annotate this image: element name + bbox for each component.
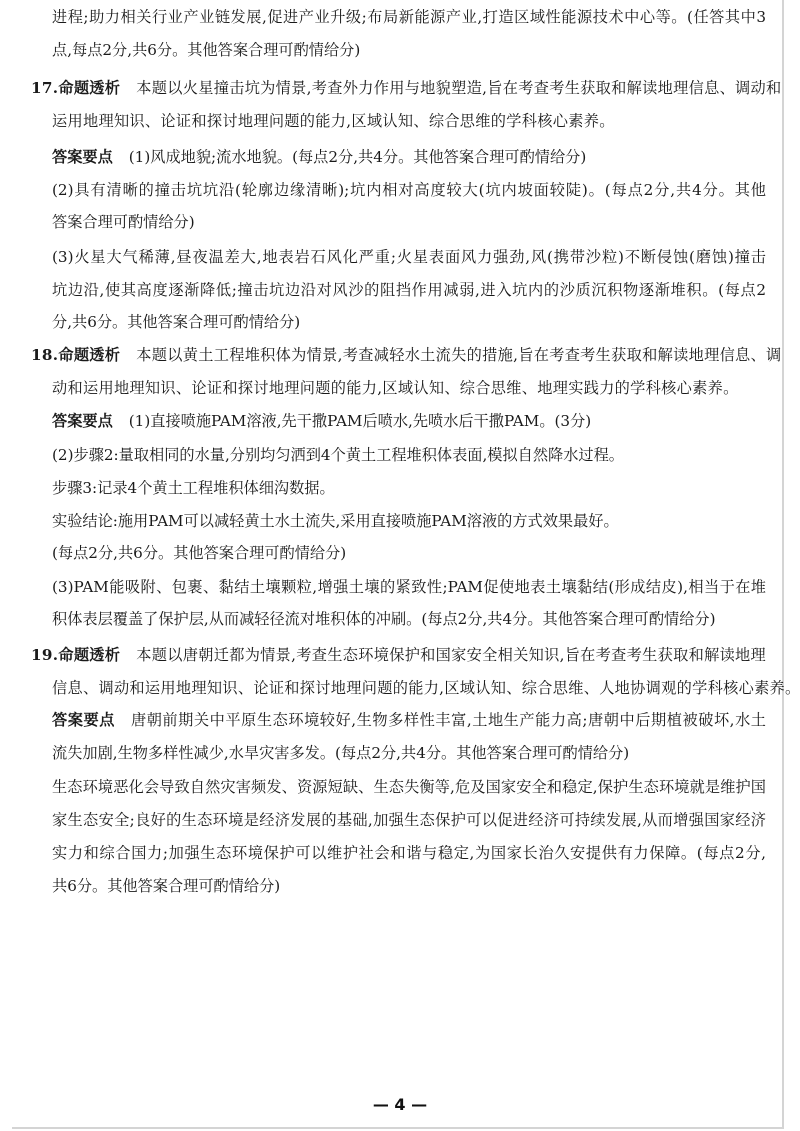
question-17-answer: 答案要点(1)风成地貌;流水地貌。(每点2分,共4分。其他答案合理可酌情给分) (52, 145, 766, 169)
text-line: 实验结论:施用PAM可以减轻黄土水土流失,采用直接喷施PAM溶液的方式效果最好。 (52, 509, 766, 533)
question-18-answer: 答案要点(1)直接喷施PAM溶液,先干撒PAM后喷水,先喷水后干撒PAM。(3分… (52, 409, 766, 433)
text-line: 积体表层覆盖了保护层,从而减轻径流对堆积体的冲刷。(每点2分,共4分。其他答案合… (52, 607, 766, 631)
question-number: 17. (31, 79, 58, 97)
page-border-bottom (12, 1127, 784, 1129)
text-line: 共6分。其他答案合理可酌情给分) (52, 874, 766, 898)
question-19-analysis: 19.命题透析本题以唐朝迁都为情景,考查生态环境保护和国家安全相关知识,旨在考查… (31, 643, 766, 667)
text-line: 点,每点2分,共6分。其他答案合理可酌情给分) (52, 38, 766, 62)
answer-text: (1)直接喷施PAM溶液,先干撒PAM后喷水,先喷水后干撒PAM。(3分) (129, 412, 591, 430)
text-line: 运用地理知识、论证和探讨地理问题的能力,区域认知、综合思维的学科核心素养。 (52, 109, 766, 133)
text-line: 进程;助力相关行业产业链发展,促进产业升级;布局新能源产业,打造区域性能源技术中… (52, 5, 766, 29)
text-line: (每点2分,共6分。其他答案合理可酌情给分) (52, 541, 766, 565)
answer-text: 唐朝前期关中平原生态环境较好,生物多样性丰富,土地生产能力高;唐朝中后期植被破坏… (131, 711, 766, 729)
answer-text: (1)风成地貌;流水地貌。(每点2分,共4分。其他答案合理可酌情给分) (129, 148, 587, 166)
answer-label: 答案要点 (52, 711, 115, 729)
question-number: 19. (31, 646, 58, 664)
text-line: (3)火星大气稀薄,昼夜温差大,地表岩石风化严重;火星表面风力强劲,风(携带沙粒… (52, 245, 766, 269)
text-line: 生态环境恶化会导致自然灾害频发、资源短缺、生态失衡等,危及国家安全和稳定,保护生… (52, 775, 766, 799)
answer-label: 答案要点 (52, 412, 113, 430)
text-line: (2)步骤2:量取相同的水量,分别均匀洒到4个黄土工程堆积体表面,模拟自然降水过… (52, 443, 766, 467)
text-line: 动和运用地理知识、论证和探讨地理问题的能力,区域认知、综合思维、地理实践力的学科… (52, 376, 766, 400)
question-17-analysis: 17.命题透析本题以火星撞击坑为情景,考查外力作用与地貌塑造,旨在考查考生获取和… (31, 76, 766, 100)
text-line: 分,共6分。其他答案合理可酌情给分) (52, 310, 766, 334)
question-18-analysis: 18.命题透析本题以黄土工程堆积体为情景,考查减轻水土流失的措施,旨在考查考生获… (31, 343, 766, 367)
text-line: 实力和综合国力;加强生态环境保护可以维护社会和谐与稳定,为国家长治久安提供有力保… (52, 841, 766, 865)
text-line: (3)PAM能吸附、包裹、黏结土壤颗粒,增强土壤的紧致性;PAM促使地表土壤黏结… (52, 575, 766, 599)
answer-label: 答案要点 (52, 148, 113, 166)
analysis-text: 本题以唐朝迁都为情景,考查生态环境保护和国家安全相关知识,旨在考查考生获取和解读… (136, 646, 766, 664)
analysis-text: 本题以火星撞击坑为情景,考查外力作用与地貌塑造,旨在考查考生获取和解读地理信息、… (136, 79, 781, 97)
question-number: 18. (31, 346, 58, 364)
text-line: 坑边沿,使其高度逐渐降低;撞击坑边沿对风沙的阻挡作用减弱,进入坑内的沙质沉积物逐… (52, 278, 766, 302)
analysis-text: 本题以黄土工程堆积体为情景,考查减轻水土流失的措施,旨在考查考生获取和解读地理信… (136, 346, 781, 364)
text-line: 流失加剧,生物多样性减少,水旱灾害多发。(每点2分,共4分。其他答案合理可酌情给… (52, 741, 766, 765)
analysis-label: 命题透析 (58, 79, 120, 97)
page-border-right (782, 0, 784, 1129)
page-number: — 4 — (0, 1095, 800, 1114)
text-line: 步骤3:记录4个黄土工程堆积体细沟数据。 (52, 476, 766, 500)
analysis-label: 命题透析 (58, 646, 120, 664)
text-line: 答案合理可酌情给分) (52, 210, 766, 234)
question-19-answer: 答案要点唐朝前期关中平原生态环境较好,生物多样性丰富,土地生产能力高;唐朝中后期… (52, 708, 766, 732)
text-line: (2)具有清晰的撞击坑坑沿(轮廓边缘清晰);坑内相对高度较大(坑内坡面较陡)。(… (52, 178, 766, 202)
text-line: 信息、调动和运用地理知识、论证和探讨地理问题的能力,区域认知、综合思维、人地协调… (52, 676, 766, 700)
analysis-label: 命题透析 (58, 346, 120, 364)
text-line: 家生态安全;良好的生态环境是经济发展的基础,加强生态保护可以促进经济可持续发展,… (52, 808, 766, 832)
